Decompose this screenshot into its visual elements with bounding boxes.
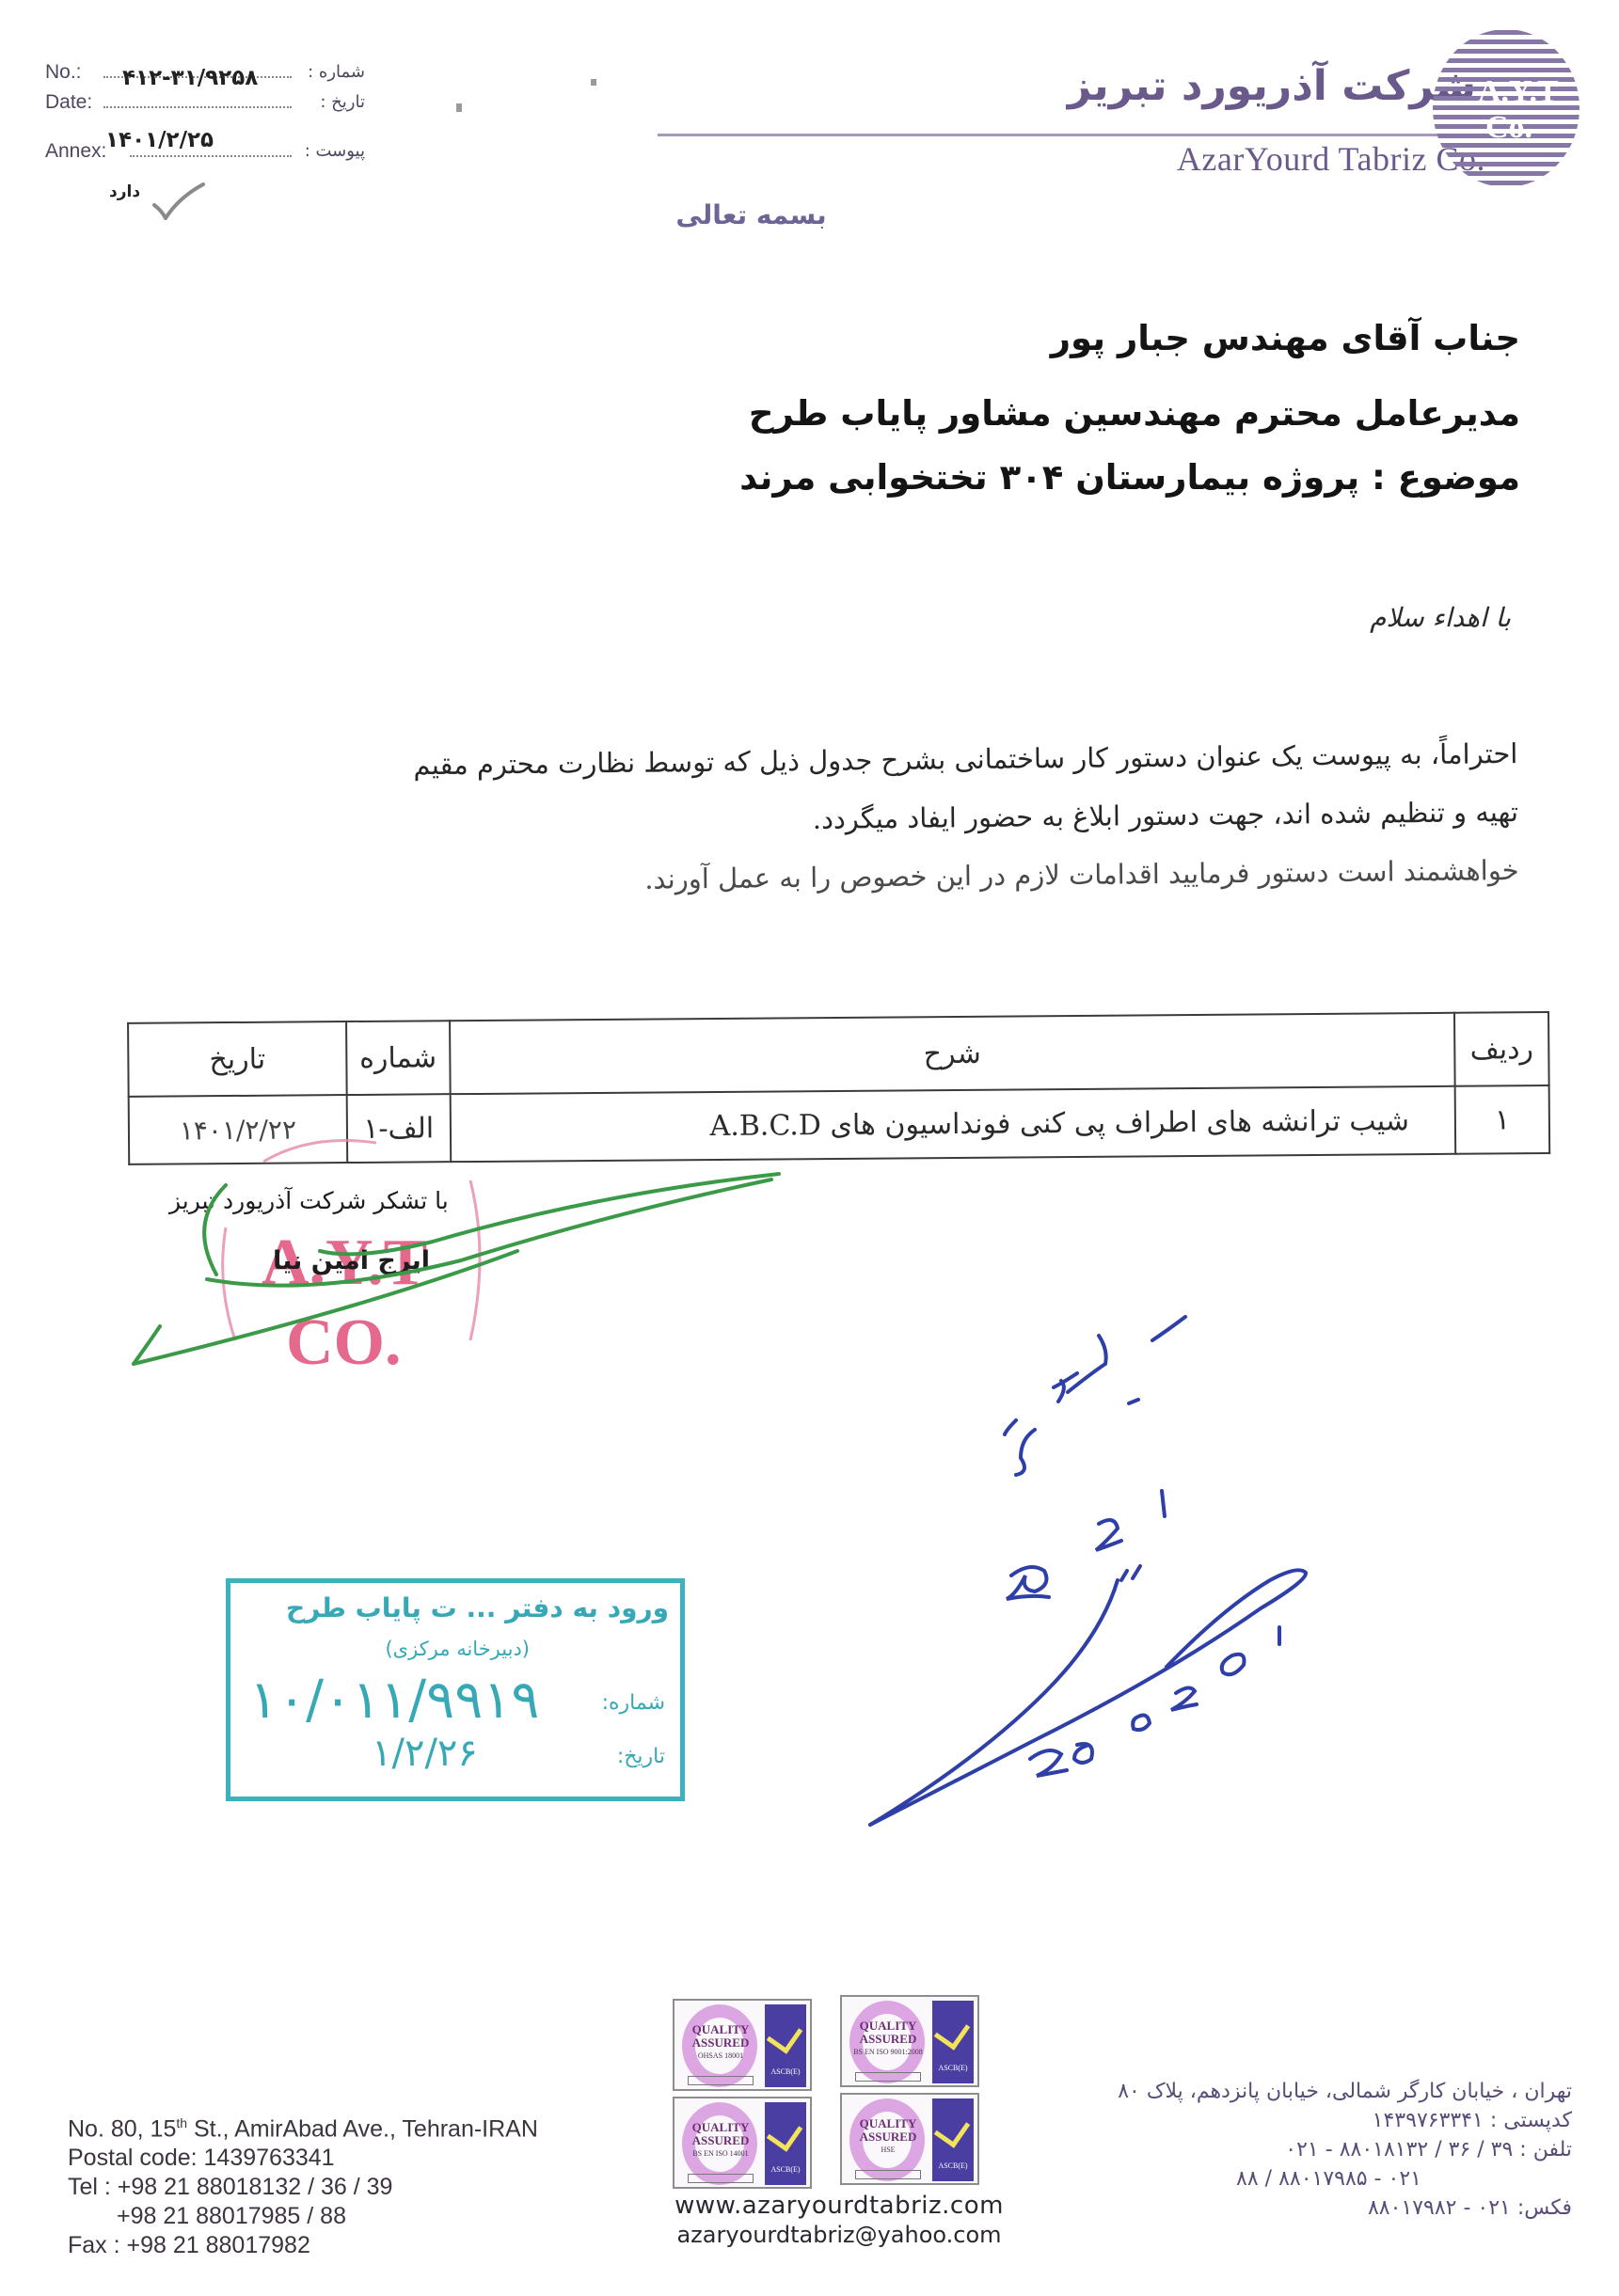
footer-tel-fa: تلفن : ۳۹ / ۳۶ / ۸۸۰۱۸۱۳۲ - ۰۲۱ [1118, 2135, 1572, 2164]
svg-text:A.Y.T: A.Y.T [1478, 74, 1559, 109]
receipt-title: ورود به دفتر ... ت پایاب طرح [286, 1592, 669, 1623]
addressee-block: جناب آقای مهندس جبار پور مدیرعامل محترم … [739, 310, 1520, 506]
header-number: شماره [346, 1021, 451, 1095]
invocation-text: بسمه تعالی [675, 199, 826, 230]
footer-fax-fa: فکس: ۰۲۱ - ۸۸۰۱۷۹۸۲ [1118, 2193, 1572, 2223]
footer-postal-fa: کدپستی : ۱۴۳۹۷۶۳۳۴۱ [1118, 2106, 1572, 2135]
receipt-number-value: ۱۰/۰۱۱/۹۹۱۹ [249, 1670, 539, 1731]
letter-body: احتراماً، به پیوست یک عنوان دستور کار سا… [106, 724, 1519, 914]
footer-tel2-fa: ۰۲۱ - ۸۸۰۱۷۹۸۵ / ۸۸ [1118, 2164, 1572, 2193]
table-row: ۱ شیب ترانشه های اطراف پی کنی فونداسیون … [129, 1085, 1550, 1164]
reference-date-row: Date: تاریخ : [45, 90, 365, 115]
accreditation-icon: ASCB(E) [765, 2102, 806, 2185]
header-description: شرح [450, 1013, 1455, 1094]
closing-line: با تشکر شرکت آذریورد تبریز [169, 1187, 449, 1214]
addressee-name: جناب آقای مهندس جبار پور [739, 310, 1520, 367]
date-label-en: Date: [45, 90, 92, 115]
annex-value: دارد [109, 182, 140, 201]
receipt-date-value: ۱/۲/۲۶ [372, 1732, 478, 1775]
header-date: تاریخ [128, 1021, 346, 1097]
footer-address-fa: تهران ، خیابان کارگر شمالی، خیابان پانزد… [1118, 2077, 1572, 2223]
cert-badge: QUALITY ASSURED BS EN ISO 9001:2008 ASCB… [840, 1995, 979, 2087]
header-row-no: ردیف [1454, 1012, 1549, 1086]
work-order-table: ردیف شرح شماره تاریخ ۱ شیب ترانشه های اط… [127, 1011, 1550, 1165]
receipt-number-label: شماره: [602, 1691, 665, 1715]
cert-badge: QUALITY ASSURED HSE ASCB(E) [840, 2093, 979, 2185]
handwritten-annotation [865, 1298, 1449, 1956]
cert-badge: QUALITY ASSURED OHSAS 18001 ASCB(E) [673, 1999, 812, 2091]
letter-subject: موضوع : پروژه بیمارستان ۳۰۴ تختخوابی مرن… [739, 450, 1520, 506]
footer-fax-en: Fax : +98 21 88017982 [68, 2231, 538, 2260]
receipt-date-label: تاریخ: [617, 1745, 665, 1768]
footer-contact-web: www.azaryourdtabriz.com azaryourdtabriz@… [642, 2192, 1037, 2248]
scan-speck [591, 79, 596, 86]
cell-date: ۱۴۰۱/۲/۲۲ [129, 1095, 347, 1164]
website-link[interactable]: www.azaryourdtabriz.com [642, 2192, 1037, 2220]
date-label-fa: تاریخ : [320, 90, 365, 115]
annex-dotted-line [130, 155, 292, 157]
number-label-fa: شماره : [308, 60, 365, 85]
cell-description: شیب ترانشه های اطراف پی کنی فونداسیون ها… [450, 1086, 1455, 1162]
reference-date-value: ۱۴۰۱/۲/۲۵ [105, 128, 214, 152]
invocation: بسمه تعالی [0, 199, 1619, 230]
addressee-title: مدیرعامل محترم مهندسین مشاور پایاب طرح [739, 386, 1520, 442]
company-logo-icon: A.Y.T Co. [1412, 28, 1579, 188]
footer-tel2-en: +98 21 88017985 / 88 [68, 2202, 538, 2231]
receipt-subtitle: (دبیرخانه مرکزی) [385, 1638, 530, 1660]
email-link[interactable]: azaryourdtabriz@yahoo.com [642, 2222, 1037, 2248]
footer-address-en: No. 80, 15th St., AmirAbad Ave., Tehran-… [68, 2109, 538, 2260]
annex-label-en: Annex: [45, 139, 106, 164]
footer-tel-en: Tel : +98 21 88018132 / 36 / 39 [68, 2173, 538, 2202]
company-seal-stamp: A.Y.T CO. [188, 1124, 527, 1434]
cell-number: الف-۱ [346, 1094, 450, 1163]
footer-postal-en: Postal code: 1439763341 [68, 2144, 538, 2173]
receipt-stamp: ورود به دفتر ... ت پایاب طرح (دبیرخانه م… [226, 1578, 685, 1801]
cell-row-no: ۱ [1455, 1085, 1549, 1154]
greeting: با اهداء سلام [1370, 602, 1511, 633]
signer-name: ایرج امین نیا [273, 1246, 430, 1275]
annex-label-fa: پیوست : [305, 139, 365, 164]
accreditation-icon: ASCB(E) [932, 2001, 974, 2083]
footer-street-fa: تهران ، خیابان کارگر شمالی، خیابان پانزد… [1118, 2077, 1572, 2106]
certification-badges: QUALITY ASSURED OHSAS 18001 ASCB(E) QUAL… [673, 1999, 983, 2196]
table-header-row: ردیف شرح شماره تاریخ [128, 1012, 1549, 1097]
date-dotted-line [103, 106, 292, 108]
svg-text:Co.: Co. [1485, 110, 1532, 145]
svg-text:CO.: CO. [286, 1306, 402, 1379]
accreditation-icon: ASCB(E) [932, 2098, 974, 2181]
cert-badge: QUALITY ASSURED BS EN ISO 14001 ASCB(E) [673, 2097, 812, 2189]
accreditation-icon: ASCB(E) [765, 2004, 806, 2087]
reference-number-value: ۴۱۲-۳۱/۹۲۵۸ [122, 66, 258, 90]
letterhead-rule [658, 134, 1514, 136]
scan-speck [456, 103, 462, 112]
number-label-en: No.: [45, 60, 82, 85]
footer-street-en: No. 80, 15th St., AmirAbad Ave., Tehran-… [68, 2109, 538, 2144]
